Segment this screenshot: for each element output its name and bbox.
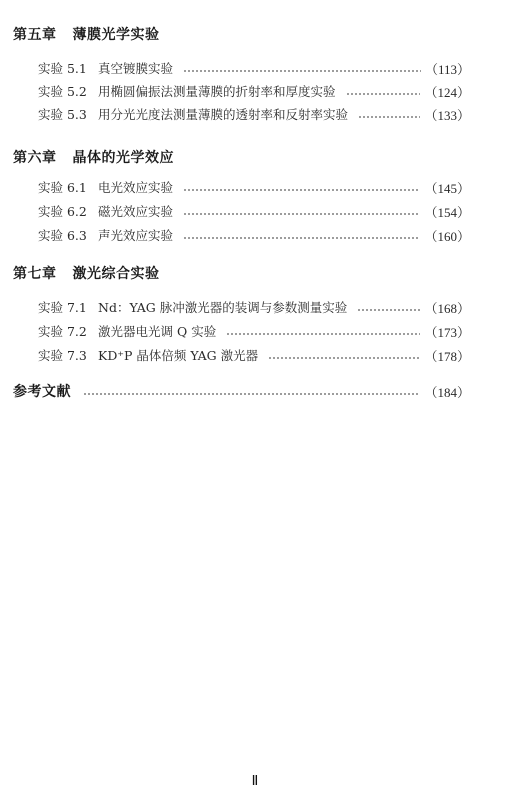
- chapter-number: 第五章: [13, 27, 57, 43]
- entry-label: 实验 7.1: [38, 298, 98, 316]
- entry-title: 电光效应实验: [98, 178, 173, 196]
- toc-entry-references[interactable]: 参考文献 （184）: [13, 382, 470, 400]
- entry-page: （124）: [424, 82, 470, 101]
- entry-page: （173）: [424, 322, 470, 341]
- dot-leader: [83, 393, 420, 396]
- chapter-number: 第七章: [13, 266, 57, 282]
- entry-label: 实验 6.2: [38, 202, 98, 220]
- chapter-7-heading: 第七章激光综合实验: [13, 263, 160, 283]
- entry-label: 实验 6.3: [38, 226, 98, 244]
- references-title: 参考文献: [13, 381, 71, 401]
- chapter-5-heading: 第五章薄膜光学实验: [13, 24, 160, 44]
- dot-leader: [358, 116, 420, 119]
- chapter-title: 薄膜光学实验: [73, 27, 160, 43]
- dot-leader: [268, 357, 420, 360]
- dot-leader: [226, 333, 420, 336]
- toc-entry-6-2[interactable]: 实验 6.2 磁光效应实验 （154）: [38, 202, 470, 220]
- dot-leader: [357, 309, 420, 312]
- toc-entry-6-3[interactable]: 实验 6.3 声光效应实验 （160）: [38, 226, 470, 244]
- toc-entry-5-1[interactable]: 实验 5.1 真空镀膜实验 （113）: [38, 59, 470, 77]
- entry-title: 声光效应实验: [98, 226, 173, 244]
- dot-leader: [346, 93, 421, 96]
- entry-page: （178）: [424, 346, 470, 365]
- entry-label: 实验 7.3: [38, 346, 98, 364]
- entry-label: 实验 5.3: [38, 105, 98, 123]
- entry-title: KD⁺P 晶体倍频 YAG 激光器: [98, 346, 258, 364]
- entry-label: 实验 6.1: [38, 178, 98, 196]
- chapter-title: 晶体的光学效应: [73, 150, 175, 166]
- dot-leader: [183, 70, 421, 73]
- page-number: Ⅱ: [0, 773, 510, 790]
- entry-title: 用椭圆偏振法测量薄膜的折射率和厚度实验: [98, 82, 336, 100]
- chapter-title: 激光综合实验: [73, 266, 160, 282]
- toc-entry-5-3[interactable]: 实验 5.3 用分光光度法测量薄膜的透射率和反射率实验 （133）: [38, 105, 470, 123]
- entry-page: （113）: [425, 59, 470, 78]
- entry-label: 实验 7.2: [38, 322, 98, 340]
- toc-entry-5-2[interactable]: 实验 5.2 用椭圆偏振法测量薄膜的折射率和厚度实验 （124）: [38, 82, 470, 100]
- toc-entry-6-1[interactable]: 实验 6.1 电光效应实验 （145）: [38, 178, 470, 196]
- entry-page: （160）: [424, 226, 470, 245]
- entry-title: Nd：YAG 脉冲激光器的装调与参数测量实验: [98, 298, 347, 316]
- entry-label: 实验 5.1: [38, 59, 98, 77]
- toc-entry-7-2[interactable]: 实验 7.2 激光器电光调 Q 实验 （173）: [38, 322, 470, 340]
- entry-title: 用分光光度法测量薄膜的透射率和反射率实验: [98, 105, 348, 123]
- dot-leader: [183, 237, 420, 240]
- entry-page: （154）: [424, 202, 470, 221]
- toc-entry-7-3[interactable]: 实验 7.3 KD⁺P 晶体倍频 YAG 激光器 （178）: [38, 346, 470, 364]
- chapter-number: 第六章: [13, 150, 57, 166]
- entry-title: 磁光效应实验: [98, 202, 173, 220]
- entry-title: 激光器电光调 Q 实验: [98, 322, 216, 340]
- entry-title: 真空镀膜实验: [98, 59, 173, 77]
- toc-entry-7-1[interactable]: 实验 7.1 Nd：YAG 脉冲激光器的装调与参数测量实验 （168）: [38, 298, 470, 316]
- entry-page: （168）: [424, 298, 470, 317]
- entry-label: 实验 5.2: [38, 82, 98, 100]
- entry-page: （145）: [424, 178, 470, 197]
- chapter-6-heading: 第六章晶体的光学效应: [13, 147, 174, 167]
- references-page: （184）: [424, 382, 470, 401]
- dot-leader: [183, 189, 420, 192]
- entry-page: （133）: [424, 105, 470, 124]
- dot-leader: [183, 213, 420, 216]
